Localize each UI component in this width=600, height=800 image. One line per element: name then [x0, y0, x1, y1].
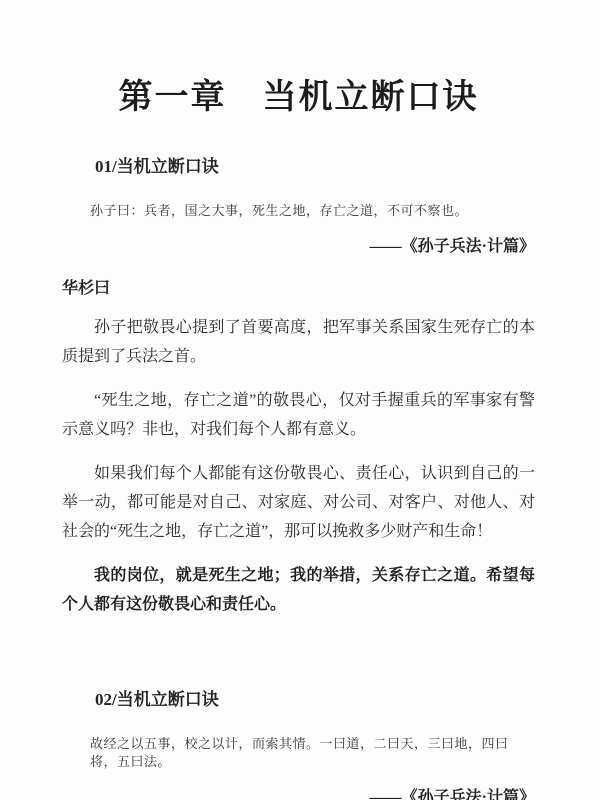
commentary-paragraph-1: 孙子把敬畏心提到了首要高度，把军事关系国家生死存亡的本质提到了兵法之首。: [62, 313, 535, 371]
chapter-title: 第一章 当机立断口诀: [62, 78, 535, 119]
section-01: 01/当机立断口诀 孙子曰：兵者，国之大事，死生之地，存亡之道，不可不察也。 —…: [62, 152, 535, 619]
section-02-heading: 02/当机立断口诀: [95, 685, 535, 710]
commentary-emphasis-paragraph: 我的岗位，就是死生之地；我的举措，关系存亡之道。希望每个人都有这份敬畏心和责任心…: [62, 561, 535, 619]
page-content: 第一章 当机立断口诀 01/当机立断口诀 孙子曰：兵者，国之大事，死生之地，存亡…: [0, 0, 600, 800]
book-page: 第一章 当机立断口诀 01/当机立断口诀 孙子曰：兵者，国之大事，死生之地，存亡…: [0, 0, 600, 800]
commentary-author-label: 华杉曰: [62, 275, 535, 298]
sunzi-quote-1: 孙子曰：兵者，国之大事，死生之地，存亡之道，不可不察也。: [90, 202, 535, 220]
commentary-paragraph-3: 如果我们每个人都能有这份敬畏心、责任心，认识到自己的一举一动，都可能是对自己、对…: [62, 459, 535, 546]
section-02: 02/当机立断口诀 故经之以五事，校之以计，而索其情。一曰道，二曰天，三曰地，四…: [62, 685, 535, 800]
quote-attribution-1: ——《孙子兵法·计篇》: [62, 233, 535, 256]
sunzi-quote-2: 故经之以五事，校之以计，而索其情。一曰道，二曰天，三曰地，四曰将，五曰法。: [90, 735, 535, 771]
quote-attribution-2: ——《孙子兵法·计篇》: [62, 784, 535, 800]
commentary-paragraph-2: “死生之地，存亡之道”的敬畏心，仅对手握重兵的军事家有警示意义吗？非也，对我们每…: [62, 386, 535, 444]
section-01-heading: 01/当机立断口诀: [95, 152, 535, 177]
